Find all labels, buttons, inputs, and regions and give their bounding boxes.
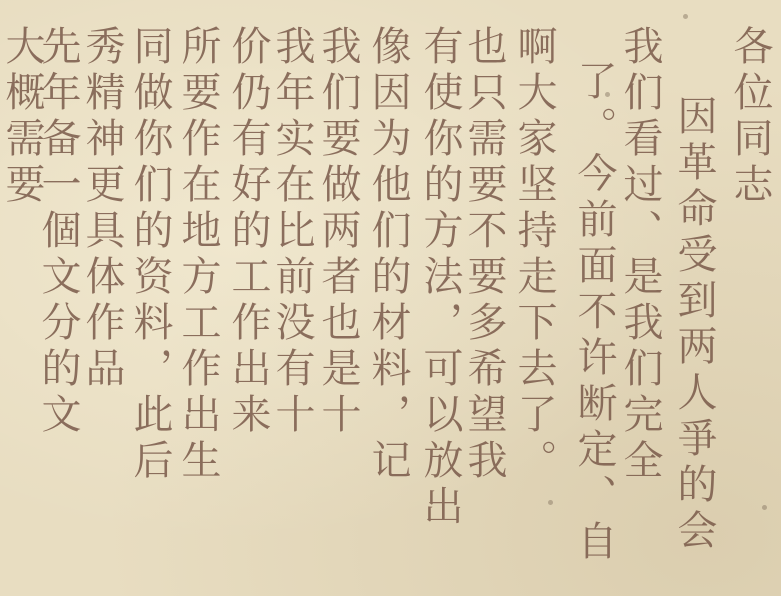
manuscript-column: 秀精神更具体作品 (80, 25, 124, 393)
manuscript-column: 我们要做两者也是十 (316, 25, 360, 439)
manuscript-column: 大概需要 (0, 25, 44, 209)
manuscript-column: 有使你的方法，可以放出 (418, 25, 462, 531)
manuscript-column: 同做你们的资料，此后 (128, 25, 172, 485)
manuscript-column: 我们看过、是我们完全 (618, 25, 662, 485)
manuscript-column: 啊大家坚持走下去了。 (512, 25, 556, 485)
manuscript-column: 也只需要不要多希望我 (462, 25, 506, 485)
manuscript-column: 因革命受到两人爭的会 (672, 95, 716, 555)
manuscript-column: 所要作在地方工作出生 (176, 25, 220, 485)
manuscript-column: 了。今前面不许断定、自 (572, 60, 616, 566)
manuscript-column: 我年实在比前没有十 (270, 25, 314, 439)
manuscript-column: 价仍有好的工作出来 (226, 25, 270, 439)
paper-speck (548, 500, 553, 505)
manuscript-page: 各位同志 因革命受到两人爭的会 我们看过、是我们完全 了。今前面不许断定、自 啊… (0, 0, 781, 596)
manuscript-column: 各位同志 (728, 25, 772, 209)
paper-speck (605, 92, 610, 97)
paper-speck (762, 505, 767, 510)
paper-speck (683, 14, 688, 19)
manuscript-column: 像因为他们的材料，记 (366, 25, 410, 485)
